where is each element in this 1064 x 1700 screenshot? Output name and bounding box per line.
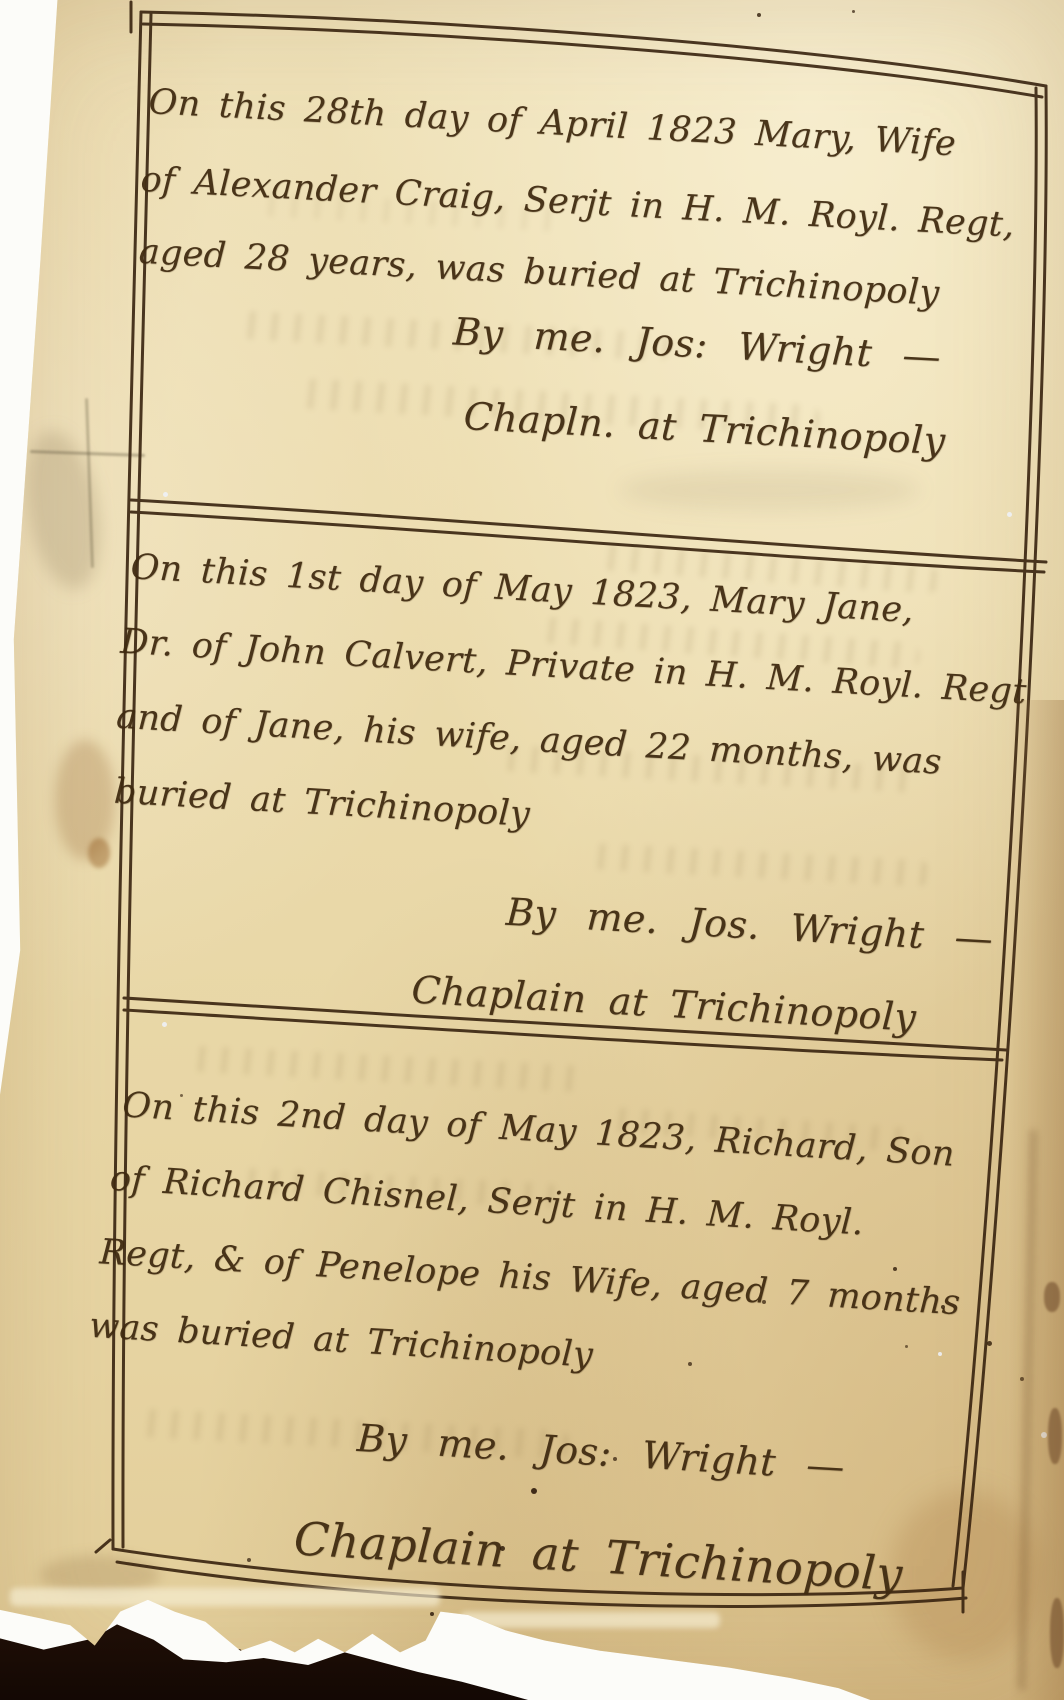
ink-speck [905,1345,908,1348]
ink-speck [642,1694,647,1699]
ink-speck [757,13,761,17]
ink-speck [180,1094,183,1097]
ink-speck [987,1341,992,1346]
ink-speck [688,1362,692,1366]
ink-speck [236,1649,242,1655]
ink-speck [613,1457,617,1461]
ink-speck [893,1267,897,1271]
edge-tear-mark [1044,1282,1060,1312]
register-page-paper: On this 28th day of April 1823 Mary, Wif… [0,0,1064,1700]
pinhole-speck [162,1022,167,1027]
ink-speck [430,1612,434,1616]
scanned-register-photo: On this 28th day of April 1823 Mary, Wif… [0,0,1064,1700]
ink-speck [762,1300,766,1304]
ink-speck [941,1305,945,1309]
page-gutter-shading [1008,700,1064,1700]
edge-tear-mark [1050,1598,1064,1668]
torn-edge-highlight [10,1588,440,1606]
pinhole-speck [163,492,168,497]
ink-speck [531,1488,537,1494]
pinhole-speck [938,1352,942,1356]
torn-edge-highlight [460,1612,720,1628]
ink-speck [500,1546,505,1551]
pinhole-speck [1007,512,1012,517]
ink-speck [247,1558,251,1562]
edge-tear-mark [1048,1408,1062,1464]
ink-speck [852,10,855,13]
